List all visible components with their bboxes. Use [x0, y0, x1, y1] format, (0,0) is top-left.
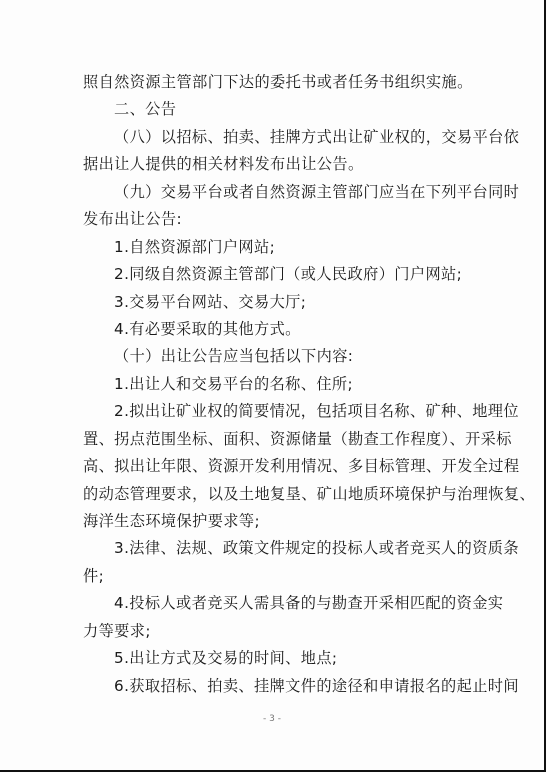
page-number: - 3 - [0, 714, 544, 724]
list-item: 2.同级自然资源主管部门（或人民政府）门户网站; [83, 261, 463, 288]
text-line: 置、拐点范围坐标、面积、资源储量（勘查工作程度）、开采标 [83, 426, 463, 453]
list-item: 4.有必要采取的其他方式。 [83, 316, 463, 343]
section-heading: 二、公告 [83, 96, 463, 123]
document-body: 照自然资源主管部门下达的委托书或者任务书组织实施。 二、公告 （八）以招标、拍卖… [83, 69, 463, 700]
text-line: 力等要求; [83, 618, 463, 645]
text-line: （八）以招标、拍卖、挂牌方式出让矿业权的，交易平台依 [83, 124, 463, 151]
text-line: 照自然资源主管部门下达的委托书或者任务书组织实施。 [83, 69, 463, 96]
text-line: （九）交易平台或者自然资源主管部门应当在下列平台同时 [83, 179, 463, 206]
text-line: 海洋生态环境保护要求等; [83, 508, 463, 535]
list-item: 1.出让人和交易平台的名称、住所; [83, 371, 463, 398]
list-item: 3.法律、法规、政策文件规定的投标人或者竞买人的资质条 [83, 535, 463, 562]
list-item: 3.交易平台网站、交易大厅; [83, 289, 463, 316]
document-page: 照自然资源主管部门下达的委托书或者任务书组织实施。 二、公告 （八）以招标、拍卖… [0, 0, 546, 772]
list-item: 6.获取招标、拍卖、挂牌文件的途径和申请报名的起止时间 [83, 673, 463, 700]
text-line: （十）出让公告应当包括以下内容: [83, 343, 463, 370]
text-line: 件; [83, 563, 463, 590]
list-item: 2.拟出让矿业权的简要情况，包括项目名称、矿种、地理位 [83, 398, 463, 425]
list-item: 1.自然资源部门户网站; [83, 234, 463, 261]
list-item: 4.投标人或者竞买人需具备的与勘查开采相匹配的资金实 [83, 590, 463, 617]
list-item: 5.出让方式及交易的时间、地点; [83, 645, 463, 672]
text-line: 发布出让公告: [83, 206, 463, 233]
text-line: 高、拟出让年限、资源开发利用情况、多目标管理、开发全过程 [83, 453, 463, 480]
text-line: 据出让人提供的相关材料发布出让公告。 [83, 151, 463, 178]
text-line: 的动态管理要求，以及土地复垦、矿山地质环境保护与治理恢复、 [83, 481, 463, 508]
